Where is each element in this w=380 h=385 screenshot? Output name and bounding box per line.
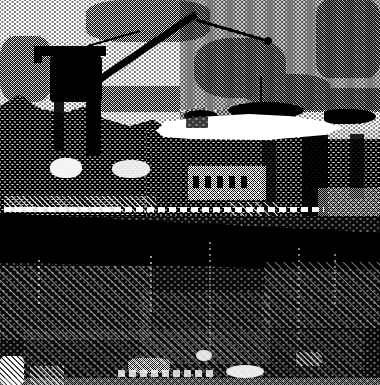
crane-drawing	[0, 0, 380, 385]
crane-leg	[54, 98, 64, 150]
crane-cable-weight	[264, 37, 272, 45]
crane-mast	[86, 98, 101, 156]
crane-jib-hook	[34, 51, 42, 63]
crane-cab	[50, 56, 102, 102]
crane-cable	[196, 20, 268, 41]
ship-mast	[260, 76, 262, 104]
harbor-photo	[0, 0, 380, 385]
crane-tie-cable	[88, 31, 140, 46]
